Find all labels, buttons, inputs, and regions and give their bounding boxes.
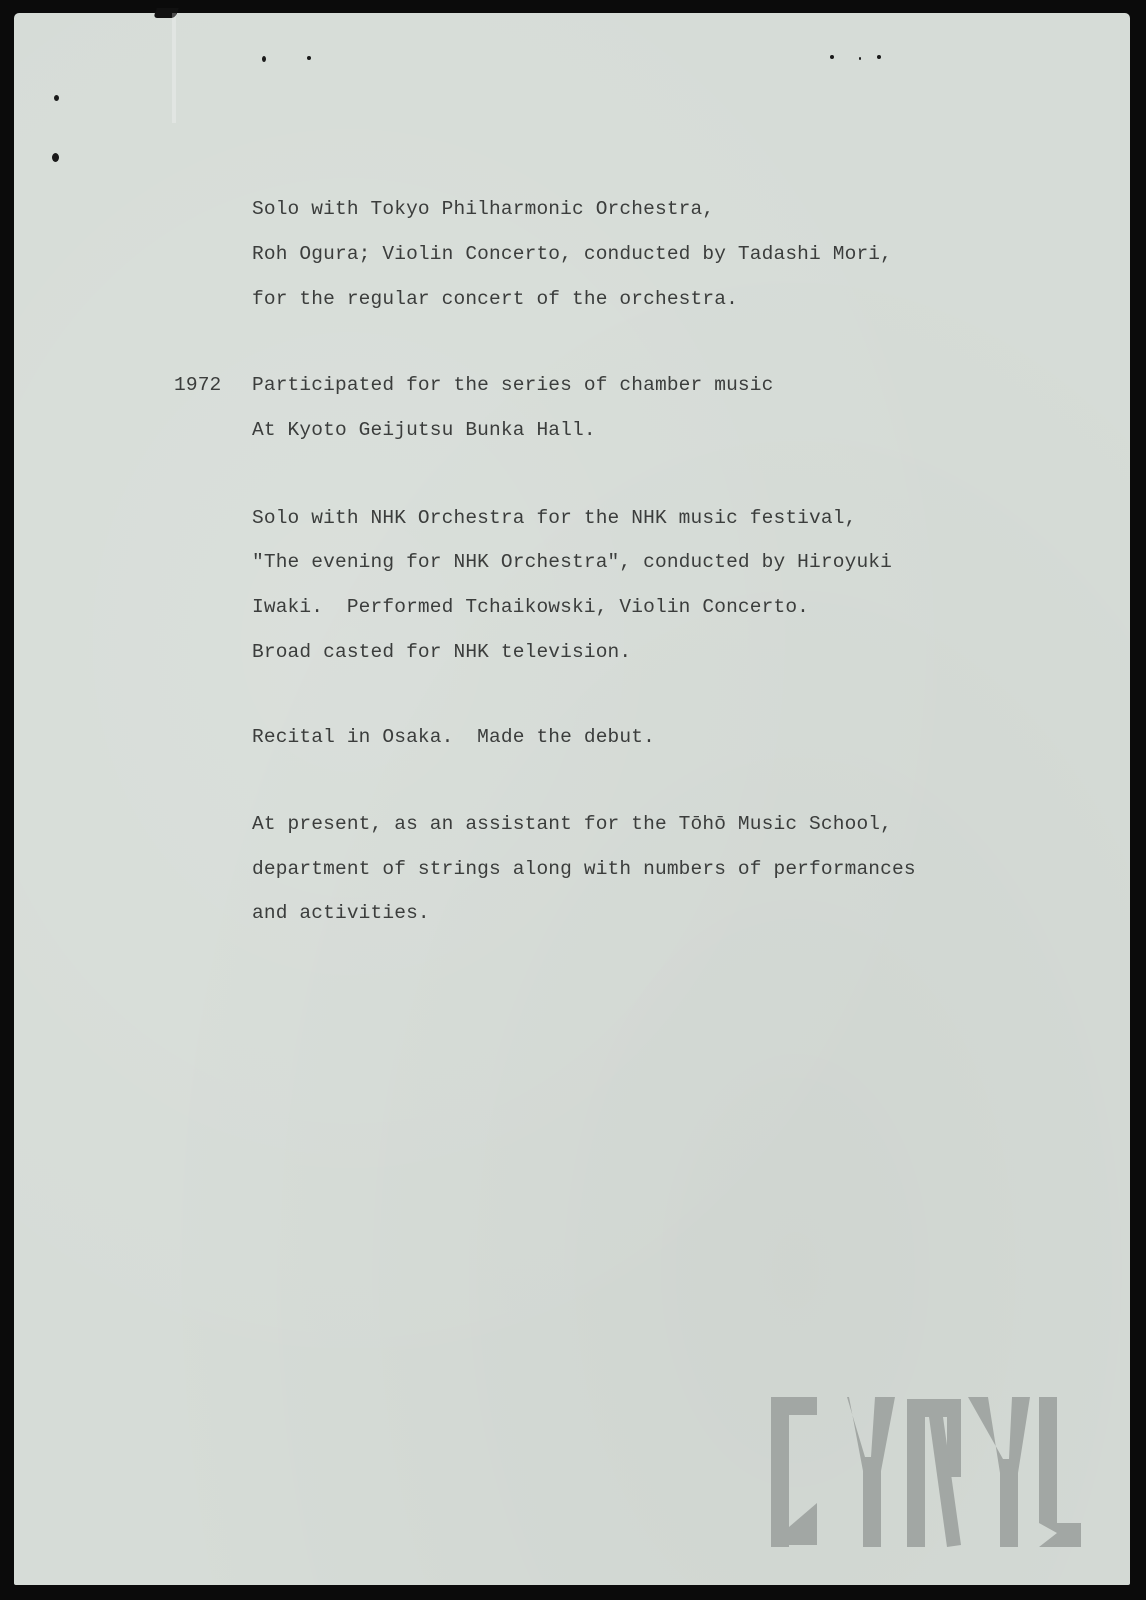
pin-mark [830, 55, 834, 59]
text-line: department of strings along with numbers… [252, 858, 916, 880]
punch-hole-mark [54, 95, 59, 101]
paper-crease [172, 13, 176, 123]
pin-mark [877, 55, 881, 59]
text-line: At Kyoto Geijutsu Bunka Hall. [252, 419, 596, 441]
text-line: "The evening for NHK Orchestra", conduct… [252, 551, 892, 573]
text-line: Participated for the series of chamber m… [252, 374, 773, 396]
text-line: Solo with Tokyo Philharmonic Orchestra, [252, 198, 714, 220]
text-line: At present, as an assistant for the Tōhō… [252, 813, 892, 835]
text-line: Solo with NHK Orchestra for the NHK musi… [252, 507, 856, 529]
text-line: Roh Ogura; Violin Concerto, conducted by… [252, 243, 892, 265]
punch-hole-mark [52, 153, 59, 162]
pin-mark [859, 57, 861, 60]
text-line: and activities. [252, 902, 430, 924]
cyryl-watermark-logo [771, 1395, 1101, 1555]
pin-mark [307, 56, 311, 60]
text-line: Iwaki. Performed Tchaikowski, Violin Con… [252, 596, 809, 618]
pin-mark [262, 56, 266, 62]
text-line: Recital in Osaka. Made the debut. [252, 726, 655, 748]
text-line: Broad casted for NHK television. [252, 641, 631, 663]
text-line: for the regular concert of the orchestra… [252, 288, 738, 310]
year-label: 1972 [174, 374, 221, 396]
